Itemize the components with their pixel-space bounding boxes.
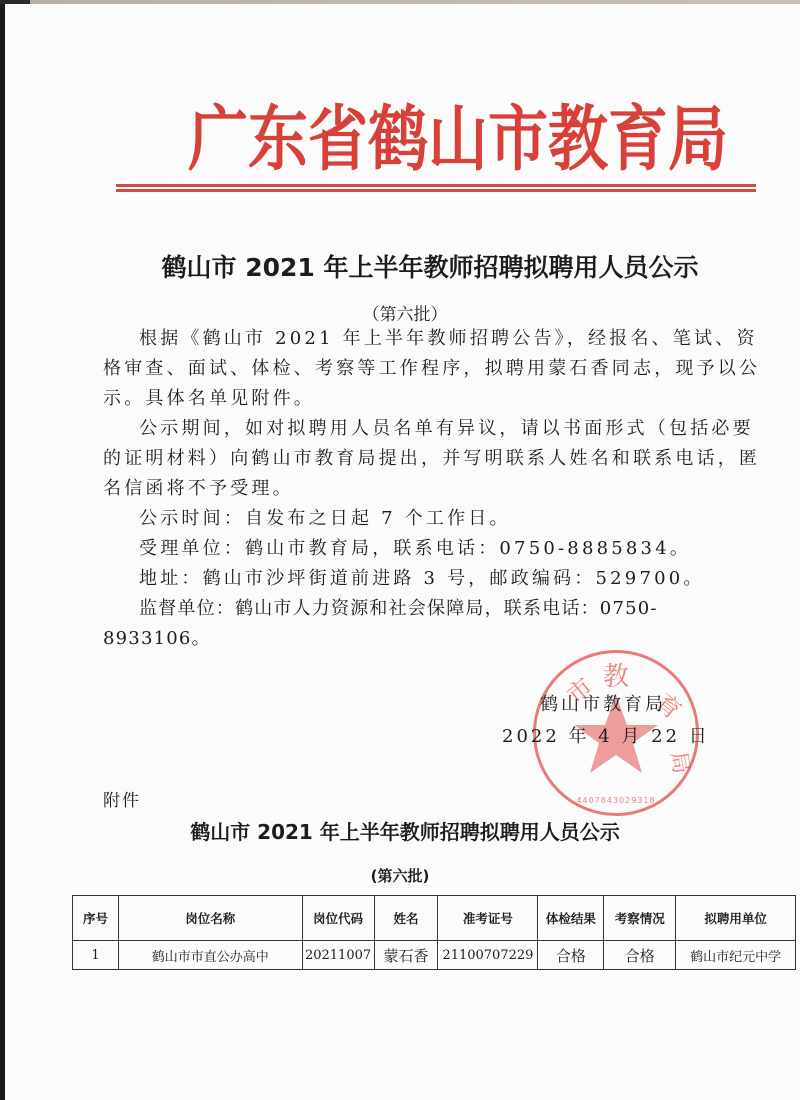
letterhead-char: 鹤 [368, 93, 428, 187]
header-position-name: 岗位名称 [118, 896, 302, 941]
info-line: 监督单位：鹤山市人力资源和社会保障局，联系电话：0750-8933106。 [103, 594, 763, 654]
issue-date: 2022 年 4 月 22 日 [502, 722, 710, 748]
body-paragraph: 根据《鹤山市 2021 年上半年教师招聘公告》，经报名、笔试、资格审查、面试、体… [103, 324, 763, 414]
cell-medical-result: 合格 [538, 941, 604, 970]
letterhead-rule-bottom [116, 189, 756, 192]
letterhead-char: 市 [488, 93, 548, 187]
attachment-label: 附件 [103, 786, 141, 811]
cell-assessment: 合格 [604, 941, 676, 970]
header-assessment: 考察情况 [604, 896, 676, 941]
letterhead-char: 东 [248, 93, 308, 187]
header-medical-result: 体检结果 [538, 896, 604, 941]
signatory: 鹤山市教育局 [540, 690, 666, 716]
attachment-title: 鹤山市 2021 年上半年教师招聘拟聘用人员公示 [0, 816, 800, 845]
info-line: 受理单位：鹤山市教育局，联系电话：0750-8885834。 [103, 534, 763, 564]
table-row: 1 鹤山市市直公办高中 20211007 蒙石香 21100707229 合格 … [73, 941, 796, 970]
body-paragraph: 公示期间，如对拟聘用人员名单有异议，请以书面形式（包括必要的证明材料）向鹤山市教… [103, 414, 763, 504]
header-employer: 拟聘用单位 [676, 896, 796, 941]
cell-position-code: 20211007 [302, 941, 374, 970]
header-name: 姓名 [374, 896, 438, 941]
letterhead-char: 局 [668, 93, 728, 187]
attachment-batch: (第六批) [0, 865, 800, 886]
document-batch: （第六批） [5, 300, 800, 325]
letterhead-char: 广 [188, 93, 248, 187]
header-exam-number: 准考证号 [438, 896, 538, 941]
cell-exam-number: 21100707229 [438, 941, 538, 970]
info-line: 地址：鹤山市沙坪街道前进路 3 号，邮政编码：529700。 [103, 564, 763, 594]
letterhead-char: 省 [308, 93, 368, 187]
header-index: 序号 [73, 896, 119, 941]
cell-name: 蒙石香 [374, 941, 438, 970]
hiring-table: 序号 岗位名称 岗位代码 姓名 准考证号 体检结果 考察情况 拟聘用单位 1 鹤… [72, 895, 796, 970]
cell-employer: 鹤山市纪元中学 [676, 941, 796, 970]
letterhead-org-name: 广 东 省 鹤 山 市 教 育 局 [188, 93, 708, 187]
letterhead-char: 教 [548, 93, 608, 187]
header-position-code: 岗位代码 [302, 896, 374, 941]
cell-position-name: 鹤山市市直公办高中 [118, 941, 302, 970]
info-line: 公示时间：自发布之日起 7 个工作日。 [103, 504, 763, 534]
table-header-row: 序号 岗位名称 岗位代码 姓名 准考证号 体检结果 考察情况 拟聘用单位 [73, 896, 796, 941]
cell-index: 1 [73, 941, 119, 970]
letterhead-rule-top [116, 184, 756, 187]
letterhead-char: 育 [608, 93, 668, 187]
document-title: 鹤山市 2021 年上半年教师招聘拟聘用人员公示 [130, 248, 730, 284]
letterhead-char: 山 [428, 93, 488, 187]
body-text: 根据《鹤山市 2021 年上半年教师招聘公告》，经报名、笔试、资格审查、面试、体… [103, 324, 763, 654]
